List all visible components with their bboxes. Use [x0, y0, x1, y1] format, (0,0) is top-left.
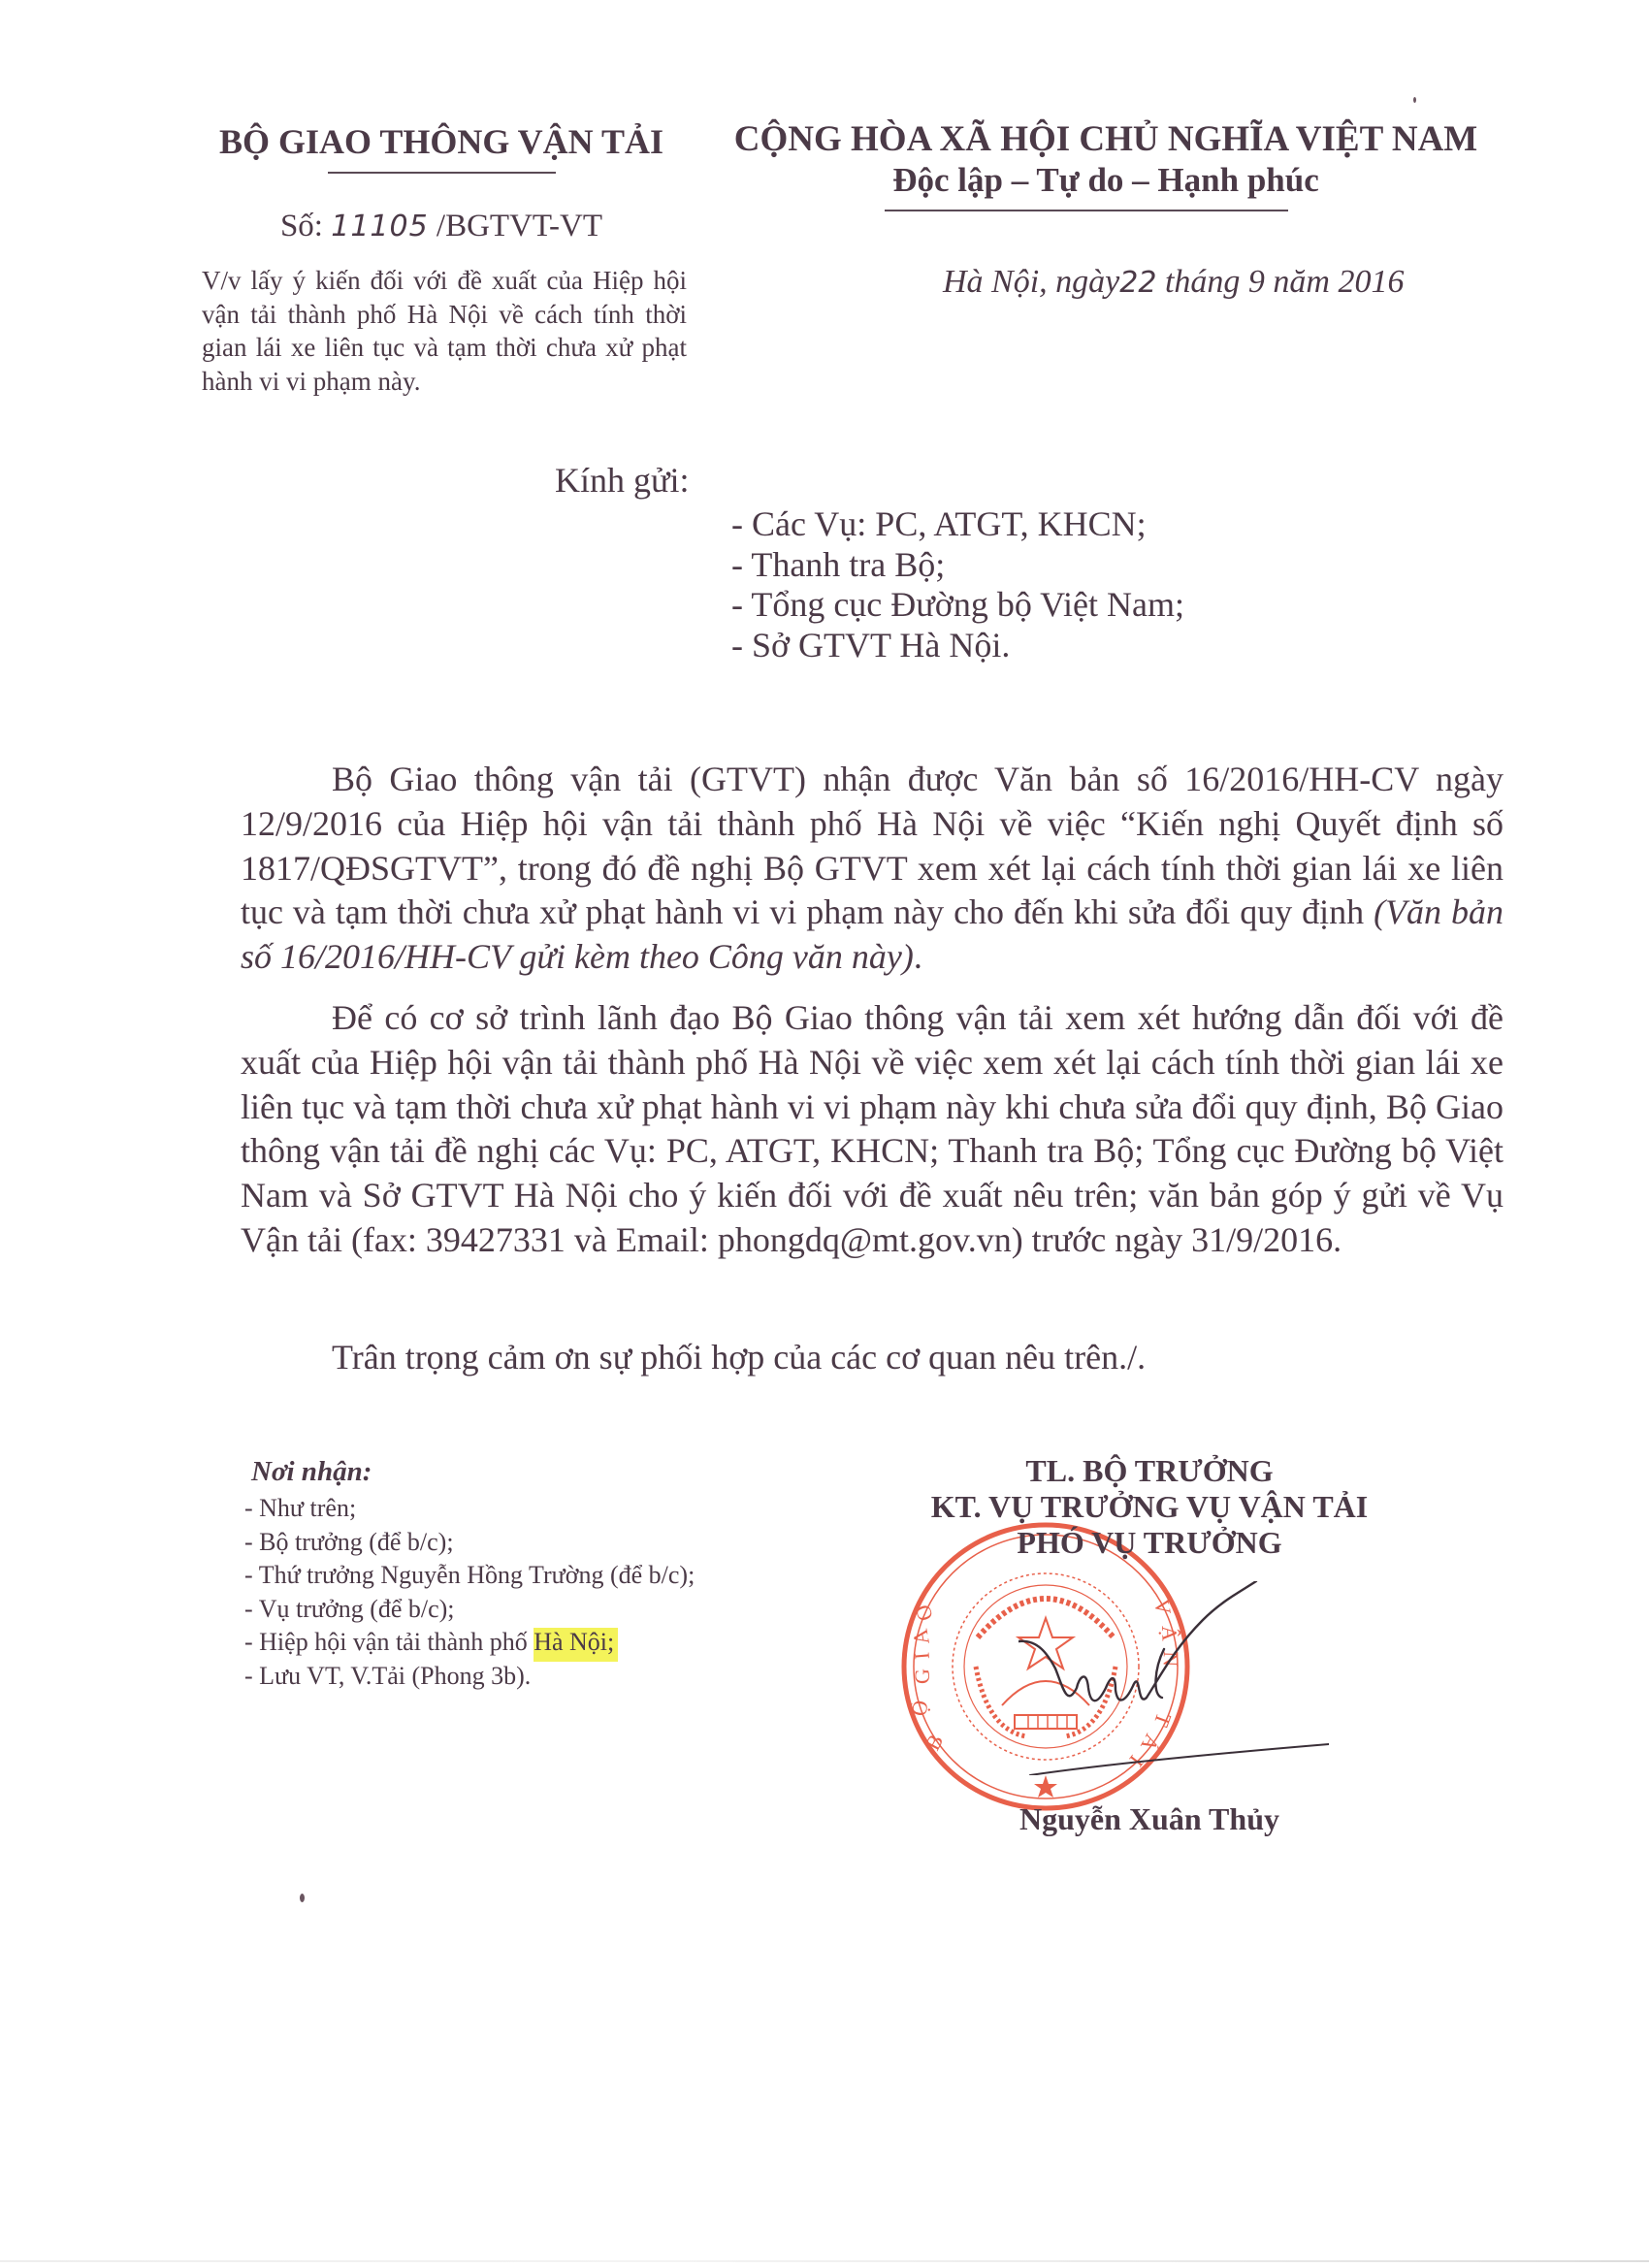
paragraph-1-end: .	[914, 937, 922, 976]
distribution-item: - Vụ trưởng (để b/c);	[244, 1593, 695, 1627]
addressee-item: - Sở GTVT Hà Nội.	[731, 626, 1184, 666]
scan-edge-line	[0, 2260, 1649, 2262]
addressee-item: - Thanh tra Bộ;	[731, 545, 1184, 586]
scan-speck	[1413, 97, 1416, 103]
motto-underline	[885, 210, 1288, 211]
paragraph-1-text: Bộ Giao thông vận tải (GTVT) nhận được V…	[241, 760, 1503, 931]
document-subject: V/v lấy ý kiến đối với đề xuất của Hiệp …	[202, 264, 687, 398]
body-paragraph-1: Bộ Giao thông vận tải (GTVT) nhận được V…	[241, 758, 1503, 980]
addressee-item: - Tổng cục Đường bộ Việt Nam;	[731, 585, 1184, 626]
svg-text:A: A	[908, 1627, 934, 1646]
handwritten-signature-icon	[1018, 1581, 1329, 1775]
national-motto: Độc lập – Tự do – Hạnh phúc	[718, 161, 1494, 200]
signature-title-1: TL. BỘ TRƯỞNG	[873, 1453, 1426, 1489]
document-number: Số: 11105 /BGTVT-VT	[194, 208, 689, 245]
signature-title-2: KT. VỤ TRƯỞNG VỤ VẬN TẢI	[873, 1489, 1426, 1525]
svg-text:Ộ: Ộ	[906, 1699, 932, 1718]
place-date-suffix: tháng 9 năm 2016	[1165, 264, 1405, 300]
addressee-list: - Các Vụ: PC, ATGT, KHCN; - Thanh tra Bộ…	[731, 504, 1184, 665]
distribution-item: - Thứ trưởng Nguyễn Hồng Trường (để b/c)…	[244, 1559, 695, 1593]
distribution-item: - Lưu VT, V.Tải (Phong 3b).	[244, 1660, 695, 1694]
svg-text:I: I	[909, 1651, 934, 1660]
scan-speck	[300, 1894, 305, 1902]
ministry-underline	[328, 172, 556, 174]
number-suffix: /BGTVT-VT	[436, 209, 602, 243]
svg-text:G: G	[910, 1669, 934, 1684]
number-handwritten: 11105	[331, 210, 428, 243]
distribution-item: - Hiệp hội vận tải thành phố Hà Nội;	[244, 1626, 695, 1660]
distribution-list: - Như trên; - Bộ trưởng (để b/c); - Thứ …	[244, 1492, 695, 1694]
highlighted-text: Hà Nội;	[533, 1628, 618, 1662]
day-handwritten: 22	[1119, 266, 1156, 300]
issuing-ministry: BỘ GIAO THÔNG VẬN TẢI	[194, 122, 689, 161]
signature-title-3: PHÓ VỤ TRƯỞNG	[873, 1525, 1426, 1561]
signature-titles: TL. BỘ TRƯỞNG KT. VỤ TRƯỞNG VỤ VẬN TẢI P…	[873, 1453, 1426, 1561]
body-paragraph-2: Để có cơ sở trình lãnh đạo Bộ Giao thông…	[241, 996, 1503, 1263]
place-date-prefix: Hà Nội, ngày	[943, 264, 1119, 300]
distribution-item-text: - Hiệp hội vận tải thành phố	[244, 1628, 533, 1656]
addressee-label: Kính gửi:	[555, 460, 690, 501]
distribution-item: - Như trên;	[244, 1492, 695, 1526]
distribution-item: - Bộ trưởng (để b/c);	[244, 1526, 695, 1560]
place-date: Hà Nội, ngày22 tháng 9 năm 2016	[943, 264, 1404, 302]
national-title: CỘNG HÒA XÃ HỘI CHỦ NGHĨA VIỆT NAM	[718, 120, 1494, 159]
closing-line: Trân trọng cảm ơn sự phối hợp của các cơ…	[332, 1337, 1146, 1377]
number-prefix: Số:	[280, 209, 323, 243]
svg-text:O: O	[910, 1602, 938, 1624]
distribution-label: Nơi nhận:	[251, 1455, 372, 1488]
addressee-item: - Các Vụ: PC, ATGT, KHCN;	[731, 504, 1184, 545]
signer-name: Nguyễn Xuân Thủy	[873, 1800, 1426, 1837]
